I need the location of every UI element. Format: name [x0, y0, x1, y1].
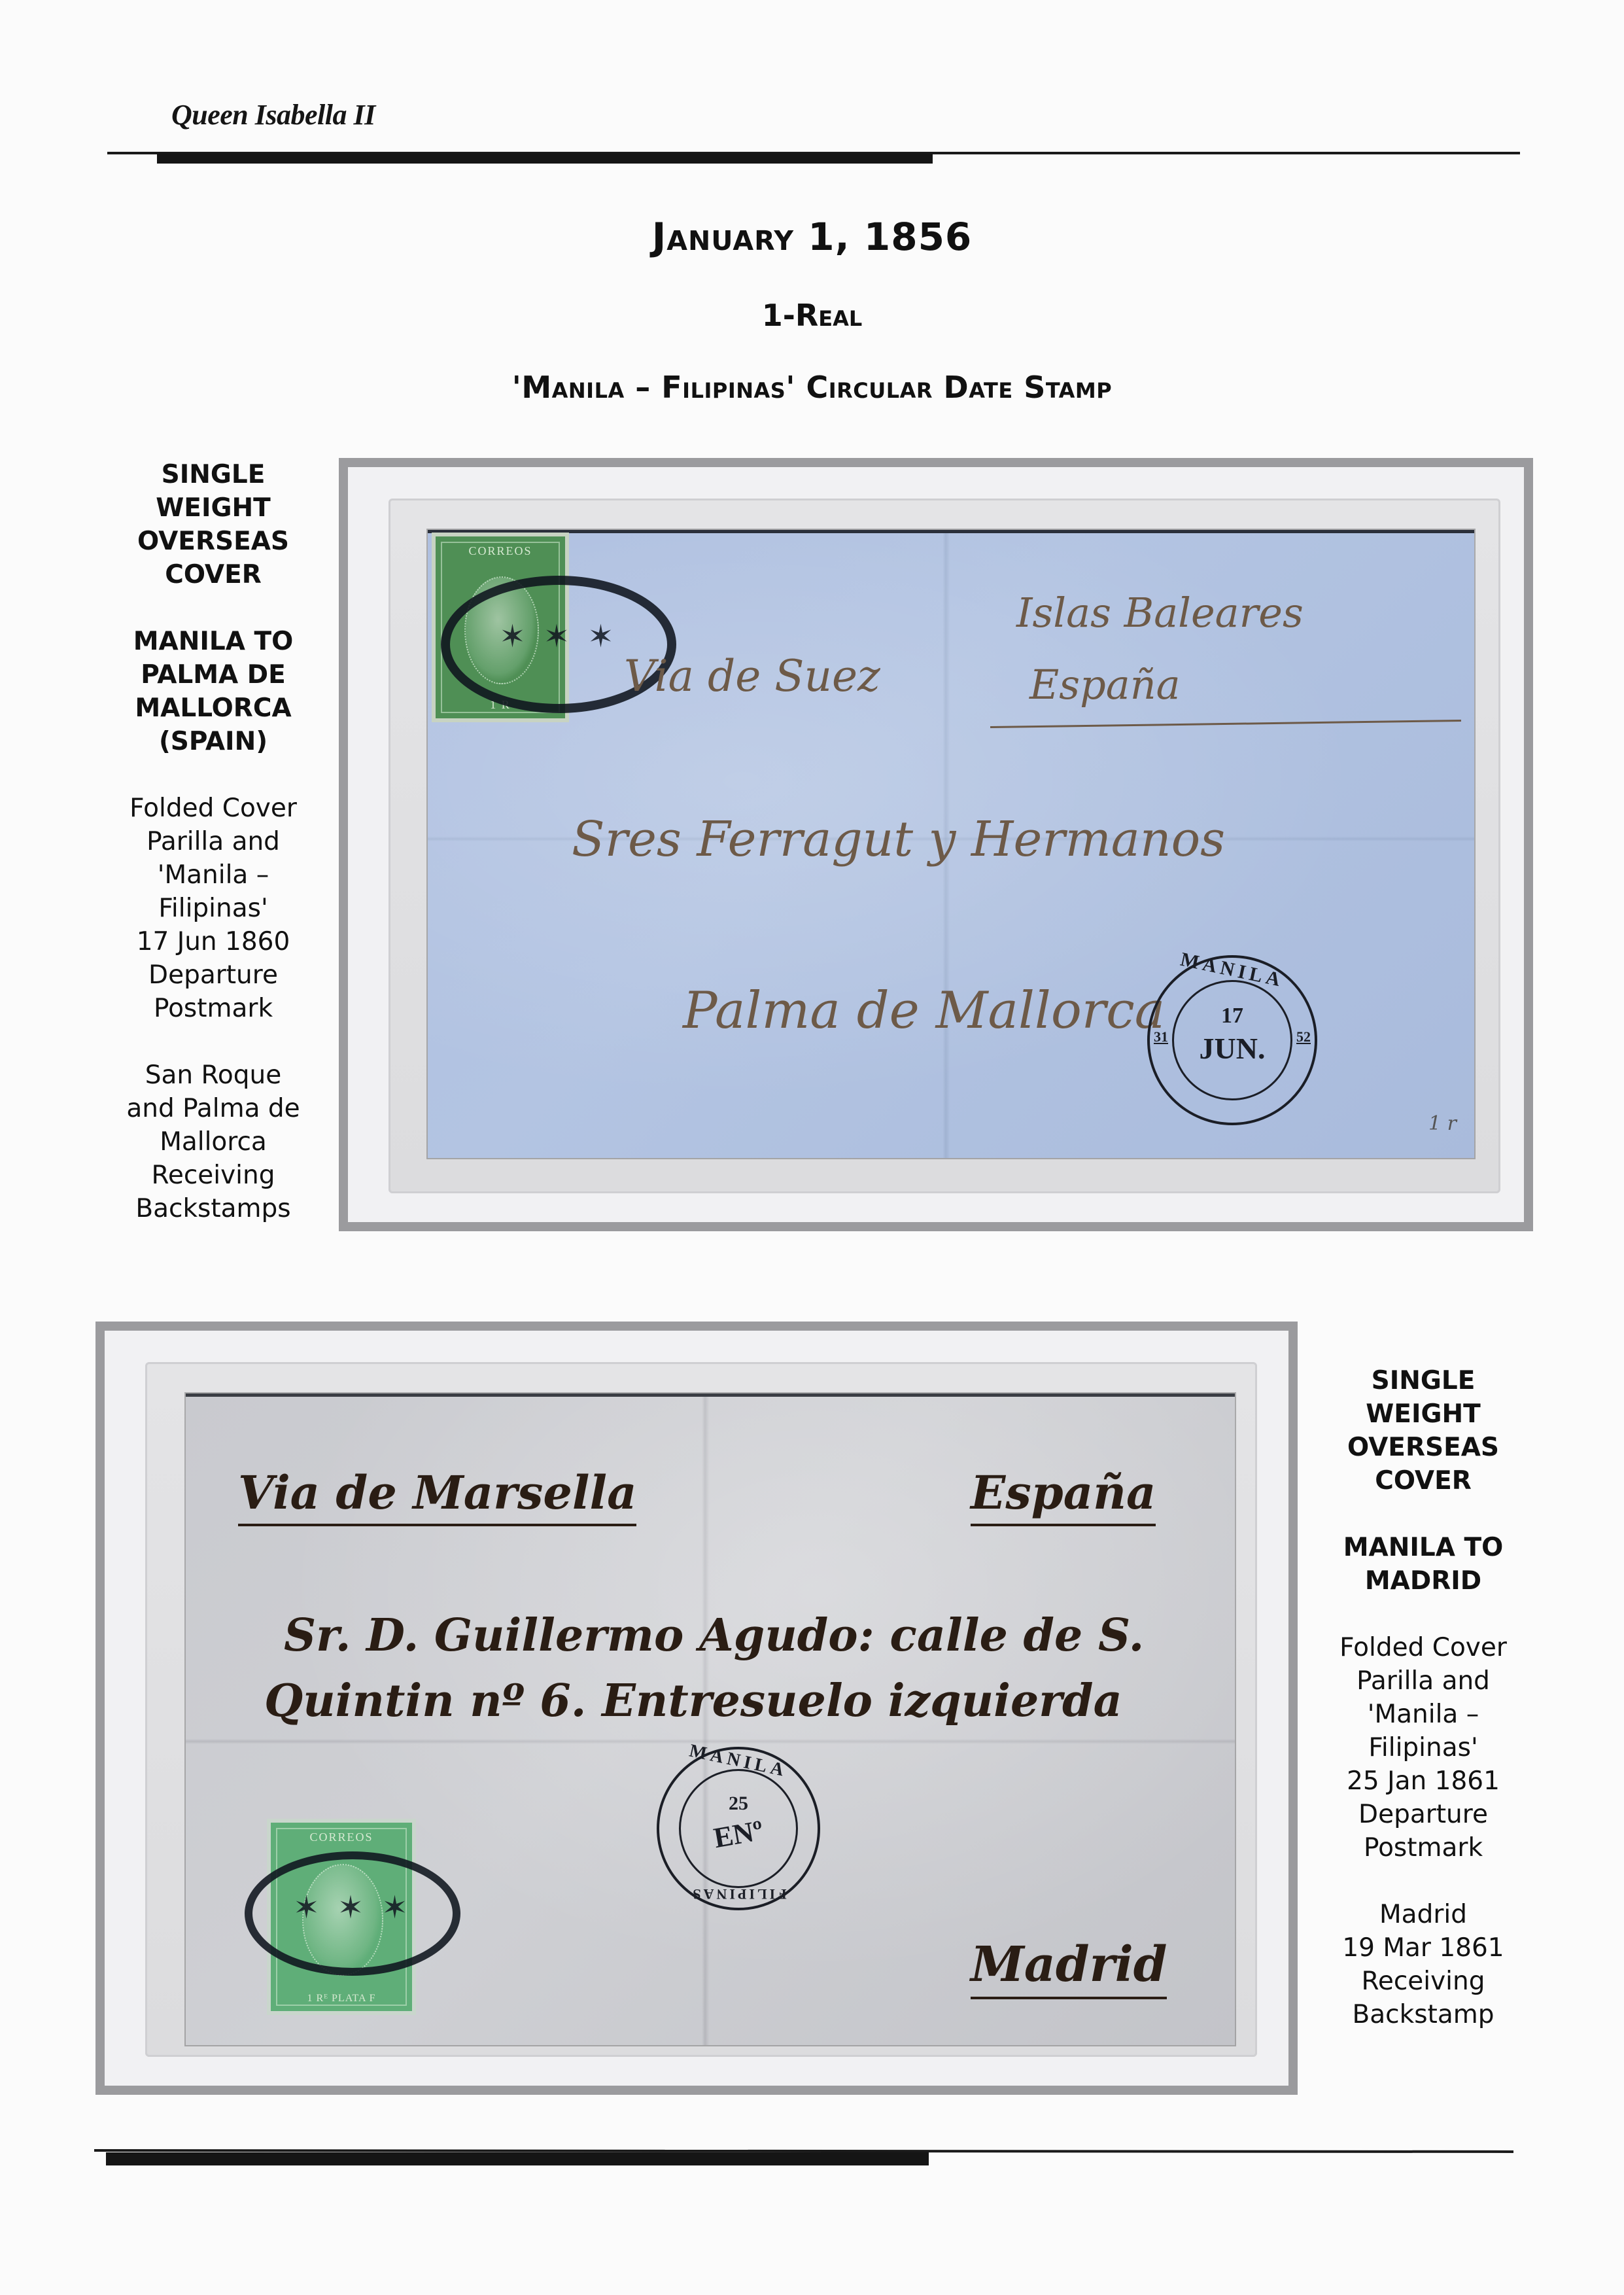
cds-month: JUN. — [1150, 1031, 1315, 1066]
exhibit-2-heading: SINGLE WEIGHT OVERSEAS COVER — [1305, 1364, 1541, 1498]
page-title: January 1, 1856 — [0, 215, 1624, 259]
exhibit-1-route: MANILA TO PALMA DE MALLORCA (SPAIN) — [95, 625, 331, 758]
manuscript-corner-note: 1 r — [1428, 1112, 1457, 1135]
exhibit-2-description: Folded Cover Parilla and 'Manila – Filip… — [1305, 1631, 1541, 1865]
manuscript-country: España — [971, 1465, 1156, 1526]
manuscript-route: Via de Marsella — [238, 1465, 636, 1526]
exhibit-1-mount: CORREOS 1 R Via de Suez Islas Baleares E… — [339, 458, 1533, 1231]
manuscript-underline — [990, 720, 1461, 728]
running-head: Queen Isabella II — [171, 98, 375, 131]
stamp-top-label: CORREOS — [436, 544, 565, 558]
manuscript-address-line-2: Quintin nº 6. Entresuelo izquierda — [264, 1675, 1122, 1727]
exhibit-2-receiving: Madrid 19 Mar 1861 Receiving Backstamp — [1305, 1898, 1541, 2031]
stamp-bottom-label: 1 Rᴱ PLATA F — [271, 1993, 412, 2005]
manuscript-country: España — [1029, 661, 1181, 709]
cds-left-mark: 31 — [1154, 1028, 1168, 1045]
exhibit-2-cover: Via de Marsella España Sr. D. Guillermo … — [186, 1393, 1235, 2045]
exhibit-2-route: MANILA TO MADRID — [1305, 1531, 1541, 1598]
exhibit-1-receiving: San Roque and Palma de Mallorca Receivin… — [95, 1059, 331, 1225]
stamp-top-label: CORREOS — [271, 1831, 412, 1844]
cover-top-edge — [186, 1393, 1235, 1397]
exhibit-2-cds: MANILA 25 ENº FILIPINAS — [657, 1747, 820, 1910]
manuscript-region: Islas Baleares — [1016, 589, 1304, 637]
footer-rule-thick — [106, 2152, 929, 2165]
manuscript-addressee: Sres Ferragut y Hermanos — [572, 811, 1225, 867]
cds-day: 17 — [1150, 1004, 1315, 1028]
exhibit-2-caption: SINGLE WEIGHT OVERSEAS COVER MANILA TO M… — [1305, 1364, 1541, 2031]
exhibit-1-heading: SINGLE WEIGHT OVERSEAS COVER — [95, 458, 331, 591]
header-rule-thick — [157, 153, 933, 164]
exhibit-1-caption: SINGLE WEIGHT OVERSEAS COVER MANILA TO P… — [95, 458, 331, 1225]
cover-top-edge — [428, 530, 1474, 533]
manuscript-city: Madrid — [971, 1936, 1167, 1999]
cds-bottom-text: FILIPINAS — [659, 1885, 818, 1902]
exhibit-1-cover: CORREOS 1 R Via de Suez Islas Baleares E… — [428, 530, 1474, 1158]
section-title: 'Manila – Filipinas' Circular Date Stamp — [0, 370, 1624, 405]
page-subtitle: 1-Real — [0, 298, 1624, 333]
cds-right-mark: 52 — [1296, 1028, 1311, 1045]
manuscript-route: Via de Suez — [624, 651, 880, 701]
parrilla-cancel-icon — [245, 1851, 460, 1976]
exhibit-2-mount: Via de Marsella España Sr. D. Guillermo … — [95, 1322, 1298, 2095]
exhibit-1-description: Folded Cover Parilla and 'Manila – Filip… — [95, 792, 331, 1025]
manuscript-city: Palma de Mallorca — [683, 981, 1165, 1040]
manuscript-address-line-1: Sr. D. Guillermo Agudo: calle de S. — [284, 1609, 1144, 1662]
exhibit-1-cds: MANILA 17 JUN. 31 52 — [1147, 955, 1317, 1125]
